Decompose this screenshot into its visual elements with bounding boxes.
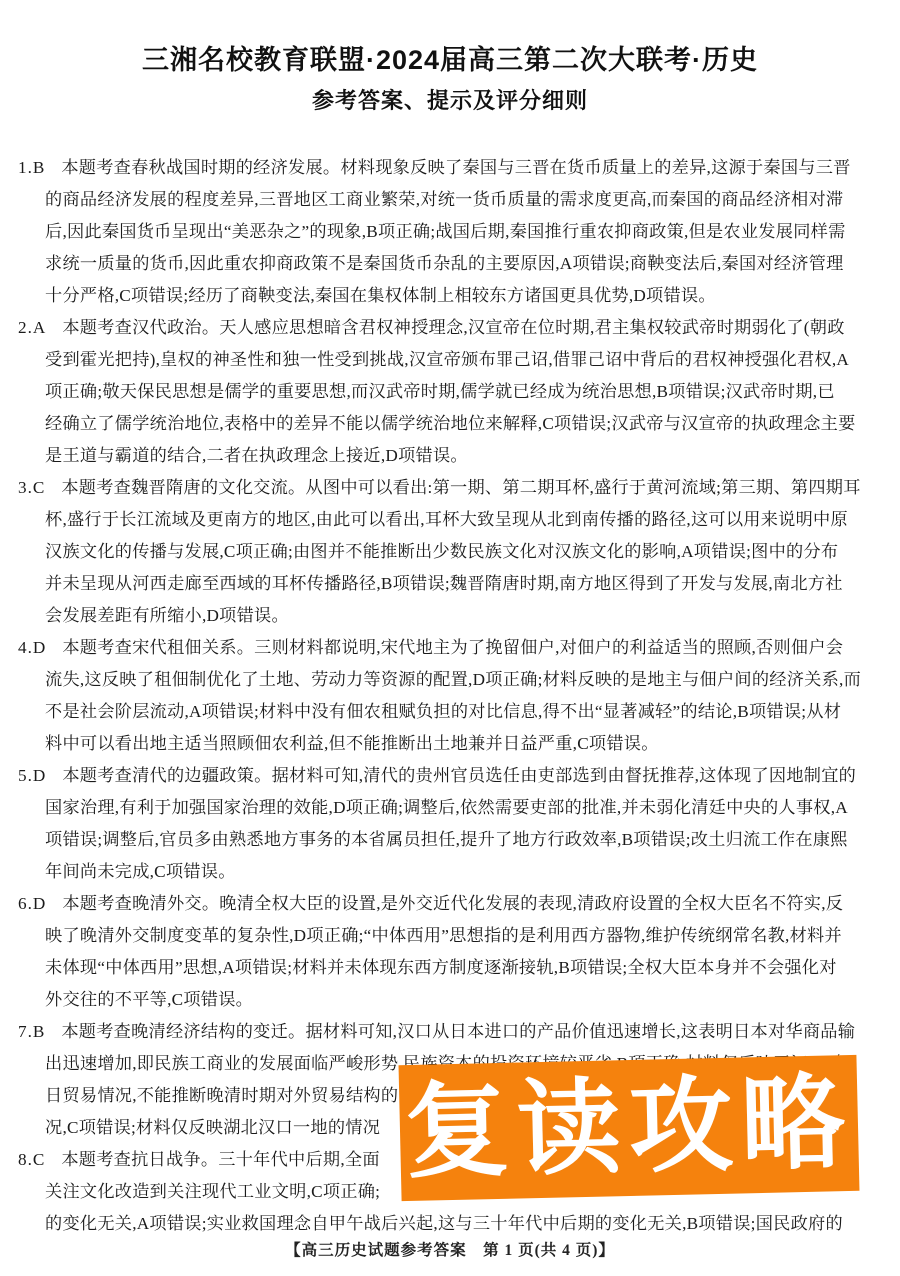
- answer-line: 映了晚清外交制度变革的复杂性,D项正确;“中体西用”思想指的是利用西方器物,维护…: [45, 920, 880, 952]
- answer-line: 项错误;调整后,官员多由熟悉地方事务的本省属员担任,提升了地方行政效率,B项错误…: [45, 824, 880, 856]
- answer-text: 本题考查魏晋隋唐的文化交流。从图中可以看出:第一期、第二期耳杯,盛行于黄河流域;…: [61, 478, 860, 497]
- answer-line: 3.C本题考查魏晋隋唐的文化交流。从图中可以看出:第一期、第二期耳杯,盛行于黄河…: [45, 472, 880, 504]
- answer-line: 受到霍光把持),皇权的神圣性和独一性受到挑战,汉宣帝颁布罪己诏,借罪己诏中背后的…: [45, 344, 880, 376]
- answer-number: 5.D: [18, 766, 46, 785]
- answer-text: 本题考查清代的边疆政策。据材料可知,清代的贵州官员选任由吏部选到由督抚推荐,这体…: [62, 766, 856, 785]
- answer-line: 2.A本题考查汉代政治。天人感应思想暗含君权神授理念,汉宣帝在位时期,君主集权较…: [45, 312, 880, 344]
- answer-line: 会发展差距有所缩小,D项错误。: [45, 600, 880, 632]
- answer-number: 7.B: [18, 1022, 45, 1041]
- answer-item-5: 5.D本题考查清代的边疆政策。据材料可知,清代的贵州官员选任由吏部选到由督抚推荐…: [18, 760, 880, 888]
- answer-line: 项正确;敬天保民思想是儒学的重要思想,而汉武帝时期,儒学就已经成为统治思想,B项…: [45, 376, 880, 408]
- answer-number: 4.D: [18, 638, 46, 657]
- answer-number: 2.A: [18, 318, 46, 337]
- answer-line: 杯,盛行于长江流域及更南方的地区,由此可以看出,耳杯大致呈现从北到南传播的路径,…: [45, 504, 880, 536]
- page-subtitle: 参考答案、提示及评分细则: [0, 84, 900, 115]
- answer-line: 求统一质量的货币,因此重农抑商政策不是秦国货币杂乱的主要原因,A项错误;商鞅变法…: [45, 248, 880, 280]
- answer-line: 的商品经济发展的程度差异,三晋地区工商业繁荣,对统一货币质量的需求度更高,而秦国…: [45, 184, 880, 216]
- answer-item-1: 1.B本题考查春秋战国时期的经济发展。材料现象反映了秦国与三晋在货币质量上的差异…: [18, 152, 880, 312]
- answer-line: 的变化无关,A项错误;实业救国理念自甲午战后兴起,这与三十年代中后期的变化无关,…: [45, 1208, 880, 1240]
- answer-line: 7.B本题考查晚清经济结构的变迁。据材料可知,汉口从日本进口的产品价值迅速增长,…: [45, 1016, 880, 1048]
- answer-line: 料中可以看出地主适当照顾佃农利益,但不能推断出土地兼并日益严重,C项错误。: [45, 728, 880, 760]
- answer-text: 本题考查春秋战国时期的经济发展。材料现象反映了秦国与三晋在货币质量上的差异,这源…: [61, 158, 850, 177]
- scanned-answer-page: 三湘名校教育联盟·2024届高三第二次大联考·历史 参考答案、提示及评分细则 1…: [0, 0, 900, 1276]
- answer-line: 是王道与霸道的结合,二者在执政理念上接近,D项错误。: [45, 440, 880, 472]
- answer-text: 本题考查宋代租佃关系。三则材料都说明,宋代地主为了挽留佃户,对佃户的利益适当的照…: [62, 638, 843, 657]
- answer-item-3: 3.C本题考查魏晋隋唐的文化交流。从图中可以看出:第一期、第二期耳杯,盛行于黄河…: [18, 472, 880, 632]
- answer-line: 5.D本题考查清代的边疆政策。据材料可知,清代的贵州官员选任由吏部选到由督抚推荐…: [45, 760, 880, 792]
- answer-line: 经确立了儒学统治地位,表格中的差异不能以儒学统治地位来解释,C项错误;汉武帝与汉…: [45, 408, 880, 440]
- answer-line: 6.D本题考查晚清外交。晚清全权大臣的设置,是外交近代化发展的表现,清政府设置的…: [45, 888, 880, 920]
- answer-line: 年间尚未完成,C项错误。: [45, 856, 880, 888]
- answer-number: 8.C: [18, 1150, 45, 1169]
- answer-line: 外交往的不平等,C项错误。: [45, 984, 880, 1016]
- answer-line: 汉族文化的传播与发展,C项正确;由图并不能推断出少数民族文化对汉族文化的影响,A…: [45, 536, 880, 568]
- watermark-text: 复读攻略: [404, 1071, 854, 1185]
- answer-text: 本题考查晚清经济结构的变迁。据材料可知,汉口从日本进口的产品价值迅速增长,这表明…: [61, 1022, 855, 1041]
- answer-line: 1.B本题考查春秋战国时期的经济发展。材料现象反映了秦国与三晋在货币质量上的差异…: [45, 152, 880, 184]
- answer-item-2: 2.A本题考查汉代政治。天人感应思想暗含君权神授理念,汉宣帝在位时期,君主集权较…: [18, 312, 880, 472]
- repeat-study-watermark-banner: 复读攻略: [399, 1055, 860, 1201]
- answer-line: 国家治理,有利于加强国家治理的效能,D项正确;调整后,依然需要吏部的批准,并未弱…: [45, 792, 880, 824]
- page-title: 三湘名校教育联盟·2024届高三第二次大联考·历史: [0, 38, 900, 77]
- answer-line: 未体现“中体西用”思想,A项错误;材料并未体现东西方制度逐渐接轨,B项错误;全权…: [45, 952, 880, 984]
- answer-number: 3.C: [18, 478, 45, 497]
- answer-line: 并未呈现从河西走廊至西域的耳杯传播路径,B项错误;魏晋隋唐时期,南方地区得到了开…: [45, 568, 880, 600]
- answer-line: 十分严格,C项错误;经历了商鞅变法,秦国在集权体制上相较东方诸国更具优势,D项错…: [45, 280, 880, 312]
- answer-item-4: 4.D本题考查宋代租佃关系。三则材料都说明,宋代地主为了挽留佃户,对佃户的利益适…: [18, 632, 880, 760]
- answer-line: 4.D本题考查宋代租佃关系。三则材料都说明,宋代地主为了挽留佃户,对佃户的利益适…: [45, 632, 880, 664]
- answer-line: 后,因此秦国货币呈现出“美恶杂之”的现象,B项正确;战国后期,秦国推行重农抑商政…: [45, 216, 880, 248]
- answer-line: 不是社会阶层流动,A项错误;材料中没有佃农租赋负担的对比信息,得不出“显著减轻”…: [45, 696, 880, 728]
- answer-item-6: 6.D本题考查晚清外交。晚清全权大臣的设置,是外交近代化发展的表现,清政府设置的…: [18, 888, 880, 1016]
- answer-line: 流失,这反映了租佃制优化了土地、劳动力等资源的配置,D项正确;材料反映的是地主与…: [45, 664, 880, 696]
- answer-text: 本题考查汉代政治。天人感应思想暗含君权神授理念,汉宣帝在位时期,君主集权较武帝时…: [62, 318, 844, 337]
- answer-text: 本题考查抗日战争。三十年代中后期,全面: [61, 1150, 379, 1169]
- page-footer: 【高三历史试题参考答案 第 1 页(共 4 页)】: [0, 1238, 900, 1260]
- answer-number: 6.D: [18, 894, 46, 913]
- answer-text: 本题考查晚清外交。晚清全权大臣的设置,是外交近代化发展的表现,清政府设置的全权大…: [62, 894, 843, 913]
- answer-number: 1.B: [18, 158, 45, 177]
